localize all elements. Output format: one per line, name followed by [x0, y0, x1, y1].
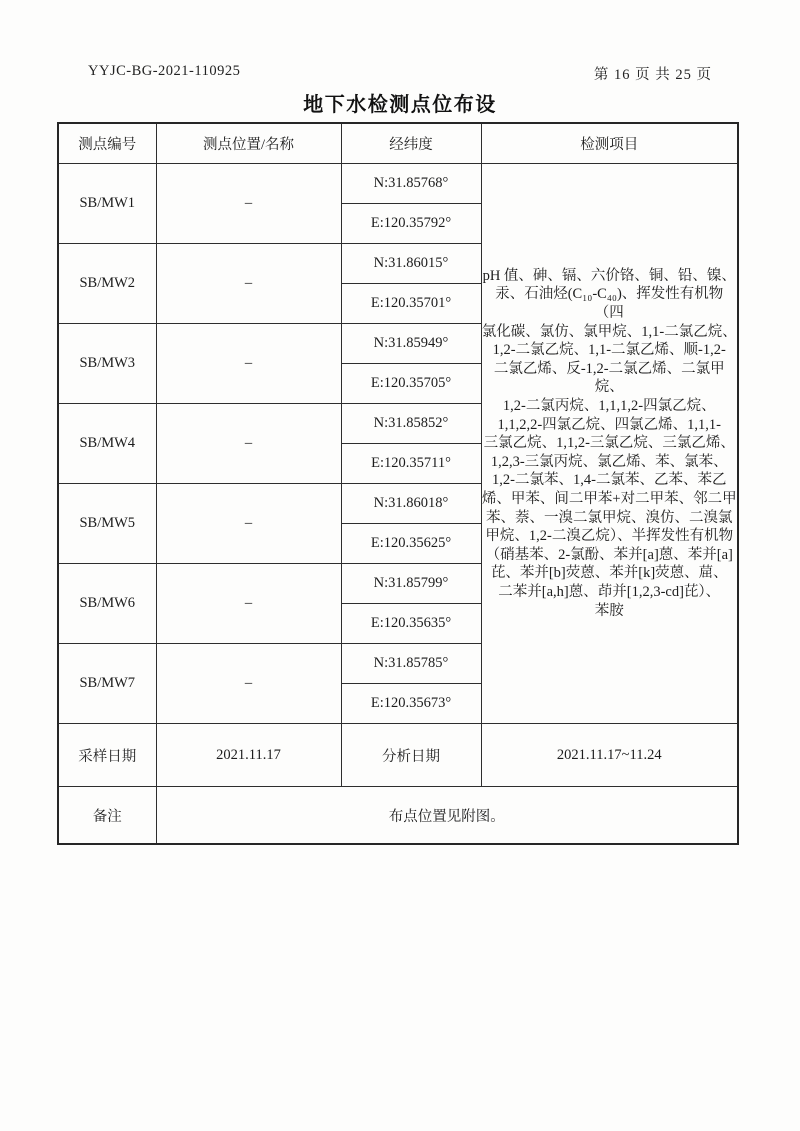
longitude-value: E:120.35711° [341, 444, 481, 484]
monitoring-row: SB/MW1–N:31.85768°pH 值、砷、镉、六价铬、铜、铅、镍、 汞、… [58, 164, 738, 204]
latitude-value: N:31.85799° [341, 564, 481, 604]
point-location: – [156, 564, 341, 644]
point-id: SB/MW2 [58, 244, 156, 324]
point-id: SB/MW1 [58, 164, 156, 244]
point-location: – [156, 484, 341, 564]
latitude-value: N:31.85785° [341, 644, 481, 684]
point-id: SB/MW7 [58, 644, 156, 724]
point-id: SB/MW4 [58, 404, 156, 484]
sampling-date-label: 采样日期 [58, 724, 156, 787]
page-title: 地下水检测点位布设 [0, 88, 800, 117]
longitude-value: E:120.35792° [341, 204, 481, 244]
page-number-info: 第 16 页 共 25 页 [594, 63, 712, 84]
col-header-detection-items: 检测项目 [481, 123, 738, 164]
longitude-value: E:120.35673° [341, 684, 481, 724]
col-header-point-id: 测点编号 [58, 123, 156, 164]
point-id: SB/MW6 [58, 564, 156, 644]
analysis-date-label: 分析日期 [341, 724, 481, 787]
point-location: – [156, 324, 341, 404]
latitude-value: N:31.85852° [341, 404, 481, 444]
longitude-value: E:120.35625° [341, 524, 481, 564]
monitoring-rows: SB/MW1–N:31.85768°pH 值、砷、镉、六价铬、铜、铅、镍、 汞、… [58, 164, 738, 724]
header-row: 测点编号 测点位置/名称 经纬度 检测项目 [58, 123, 738, 164]
remark-label: 备注 [58, 787, 156, 845]
latitude-value: N:31.86015° [341, 244, 481, 284]
table-header: 测点编号 测点位置/名称 经纬度 检测项目 [58, 123, 738, 164]
longitude-value: E:120.35705° [341, 364, 481, 404]
point-location: – [156, 404, 341, 484]
longitude-value: E:120.35635° [341, 604, 481, 644]
point-id: SB/MW5 [58, 484, 156, 564]
point-id: SB/MW3 [58, 324, 156, 404]
longitude-value: E:120.35701° [341, 284, 481, 324]
document-page: YYJC-BG-2021-110925 第 16 页 共 25 页 地下水检测点… [0, 0, 800, 1131]
point-location: – [156, 164, 341, 244]
sampling-date-value: 2021.11.17 [156, 724, 341, 787]
remark-value: 布点位置见附图。 [156, 787, 738, 845]
remark-row: 备注 布点位置见附图。 [58, 787, 738, 845]
dates-row: 采样日期 2021.11.17 分析日期 2021.11.17~11.24 [58, 724, 738, 787]
footer-rows: 采样日期 2021.11.17 分析日期 2021.11.17~11.24 备注… [58, 724, 738, 845]
latitude-value: N:31.85768° [341, 164, 481, 204]
point-location: – [156, 244, 341, 324]
latitude-value: N:31.86018° [341, 484, 481, 524]
point-location: – [156, 644, 341, 724]
col-header-coordinates: 经纬度 [341, 123, 481, 164]
detection-items: pH 值、砷、镉、六价铬、铜、铅、镍、 汞、石油烃(C₁₀-C₄₀)、挥发性有机… [481, 164, 738, 724]
monitoring-points-table: 测点编号 测点位置/名称 经纬度 检测项目 SB/MW1–N:31.85768°… [57, 122, 739, 845]
latitude-value: N:31.85949° [341, 324, 481, 364]
analysis-date-value: 2021.11.17~11.24 [481, 724, 738, 787]
col-header-location: 测点位置/名称 [156, 123, 341, 164]
document-code: YYJC-BG-2021-110925 [88, 63, 240, 80]
